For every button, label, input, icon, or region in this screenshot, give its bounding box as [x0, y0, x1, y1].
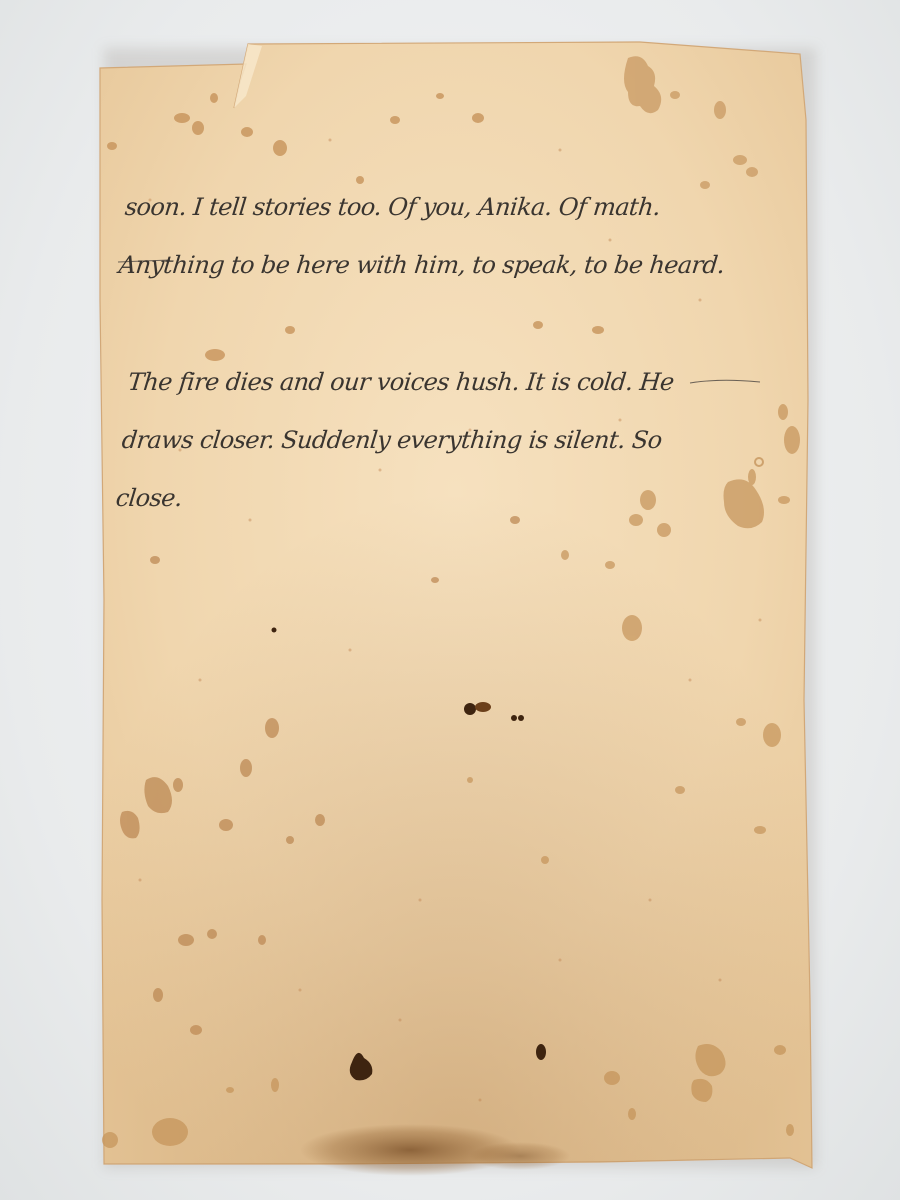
- handwritten-line: Anything to be here with him, to speak, …: [116, 236, 772, 294]
- handwritten-paragraph-1: soon. I tell stories too. Of you, Anika.…: [116, 178, 778, 294]
- handwritten-line: draws closer. Suddenly everything is sil…: [119, 411, 775, 469]
- handwritten-line: close.: [113, 469, 769, 527]
- handwritten-paragraph-2: The fire dies and our voices hush. It is…: [113, 353, 781, 527]
- handwritten-line: The fire dies and our voices hush. It is…: [125, 353, 781, 411]
- handwritten-line: soon. I tell stories too. Of you, Anika.…: [122, 178, 778, 236]
